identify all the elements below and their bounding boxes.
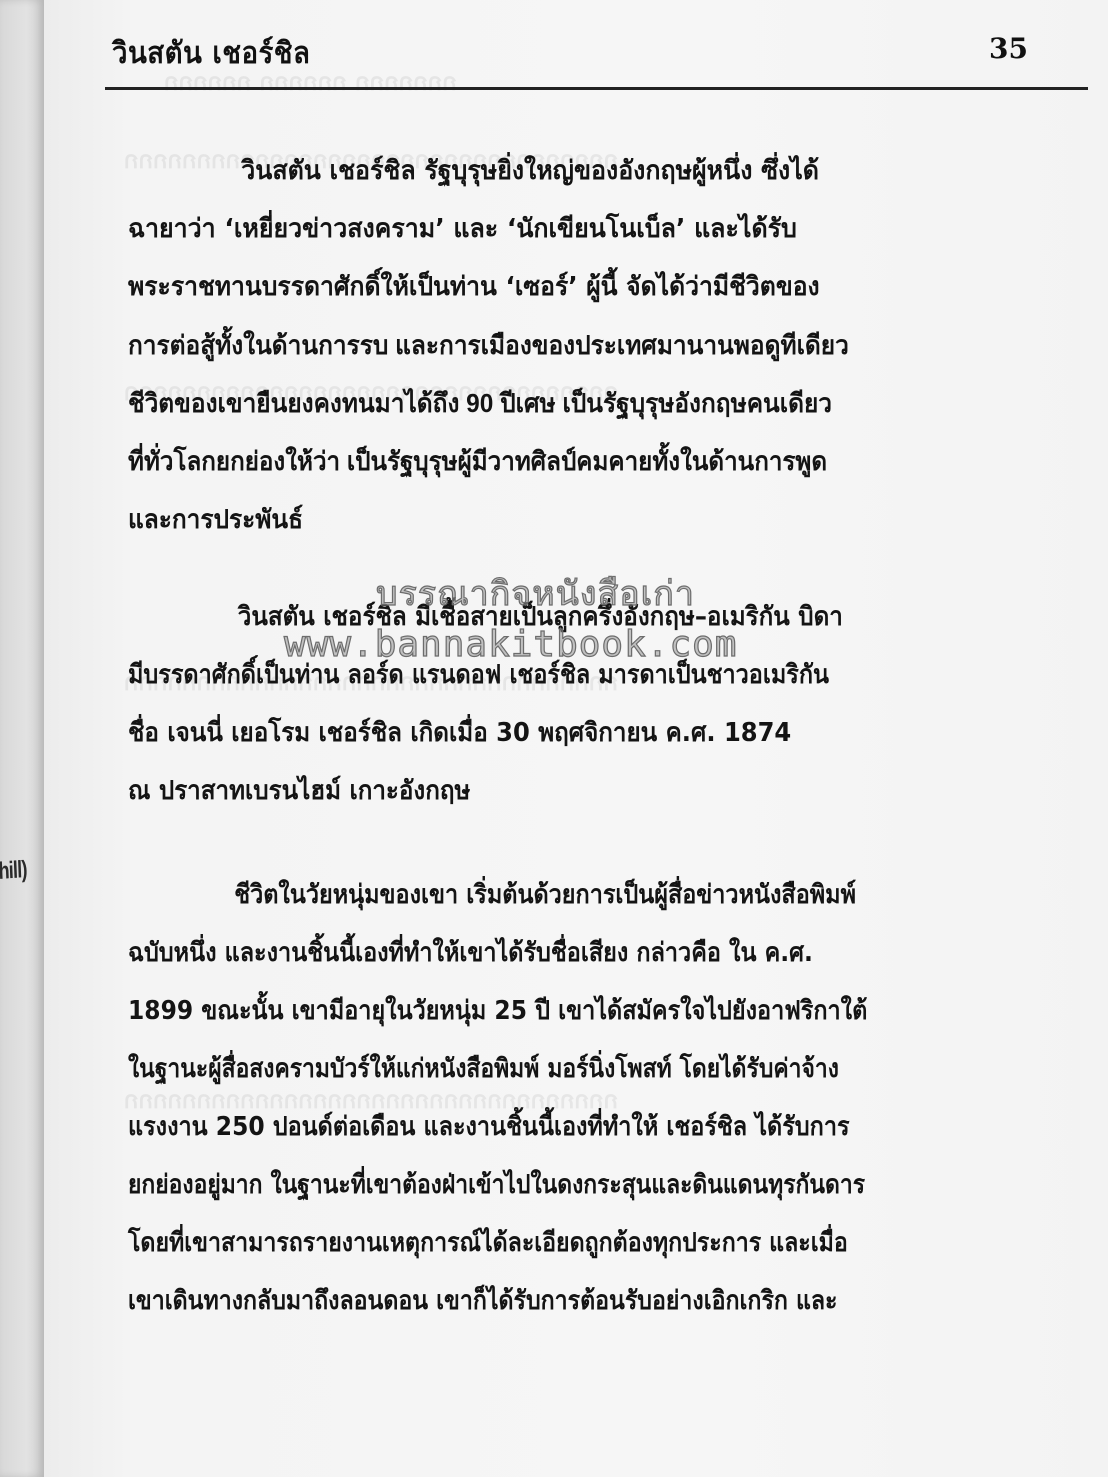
running-head: วินสตัน เชอร์ชิล 35 bbox=[112, 30, 1028, 74]
text-line: มีบรรดาศักดิ์เป็นท่าน ลอร์ด แรนดอฟ เชอร์… bbox=[128, 646, 974, 704]
text-line: ชีวิตของเขายืนยงคงทนมาได้ถึง 90 ปีเศษ เป… bbox=[128, 374, 1012, 432]
body-text: วินสตัน เชอร์ชิล รัฐบุรุษยิ่งใหญ่ของอังก… bbox=[128, 142, 1068, 1330]
facing-page-edge: hill) bbox=[0, 0, 44, 1477]
text-line: วินสตัน เชอร์ชิล มีเชื้อสายเป็นลูกครึ่งอ… bbox=[128, 588, 1002, 646]
text-line: 1899 ขณะนั้น เขามีอายุในวัยหนุ่ม 25 ปี เ… bbox=[128, 982, 974, 1040]
paragraph: วินสตัน เชอร์ชิล รัฐบุรุษยิ่งใหญ่ของอังก… bbox=[128, 142, 1068, 548]
book-page: กกกกกกก กกกกกก กกกกกก กกกกกกกกกกกกกกกกกก… bbox=[44, 0, 1108, 1477]
text-line: ณ ปราสาทเบรนไฮม์ เกาะอังกฤษ bbox=[128, 762, 1002, 820]
paragraph-gap bbox=[128, 820, 1068, 866]
text-line: โดยที่เขาสามารถรายงานเหตุการณ์ได้ละเอียด… bbox=[128, 1214, 965, 1272]
paragraph-gap bbox=[128, 548, 1068, 588]
paragraph: วินสตัน เชอร์ชิล มีเชื้อสายเป็นลูกครึ่งอ… bbox=[128, 588, 1068, 820]
text-line: ที่ทั่วโลกยกย่องให้ว่า เป็นรัฐบุรุษผู้มี… bbox=[128, 432, 1002, 490]
facing-page-text: hill) bbox=[0, 856, 27, 886]
header-rule bbox=[105, 87, 1088, 90]
text-line: เขาเดินทางกลับมาถึงลอนดอน เขาก็ได้รับการ… bbox=[128, 1272, 965, 1330]
paragraph: ชีวิตในวัยหนุ่มของเขา เริ่มต้นด้วยการเป็… bbox=[128, 866, 1068, 1330]
text-line: และการประพันธ์ bbox=[128, 490, 1012, 548]
running-title: วินสตัน เชอร์ชิล bbox=[112, 30, 310, 77]
page-number: 35 bbox=[989, 32, 1028, 65]
text-line: ยกย่องอยู่มาก ในฐานะที่เขาต้องฝ่าเข้าไปใ… bbox=[128, 1156, 955, 1214]
text-line: ชื่อ เจนนี่ เยอโรม เชอร์ชิล เกิดเมื่อ 30… bbox=[128, 704, 1002, 762]
text-line: วินสตัน เชอร์ชิล รัฐบุรุษยิ่งใหญ่ของอังก… bbox=[128, 142, 1030, 200]
text-line: พระราชทานบรรดาศักดิ์ให้เป็นท่าน ‘เซอร์’ … bbox=[128, 258, 1021, 316]
text-line: การต่อสู้ทั้งในด้านการรบ และการเมืองของป… bbox=[128, 316, 1012, 374]
text-line: ในฐานะผู้สื่อสงครามบัวร์ให้แก่หนังสือพิม… bbox=[128, 1040, 955, 1098]
text-line: ฉายาว่า ‘เหยี่ยวข่าวสงคราม’ และ ‘นักเขีย… bbox=[128, 200, 1030, 258]
text-line: ฉบับหนึ่ง และงานชิ้นนี้เองที่ทำให้เขาได้… bbox=[128, 924, 974, 982]
text-line: ชีวิตในวัยหนุ่มของเขา เริ่มต้นด้วยการเป็… bbox=[128, 866, 974, 924]
text-line: แรงงาน 250 ปอนด์ต่อเดือน และงานชิ้นนี้เอ… bbox=[128, 1098, 974, 1156]
